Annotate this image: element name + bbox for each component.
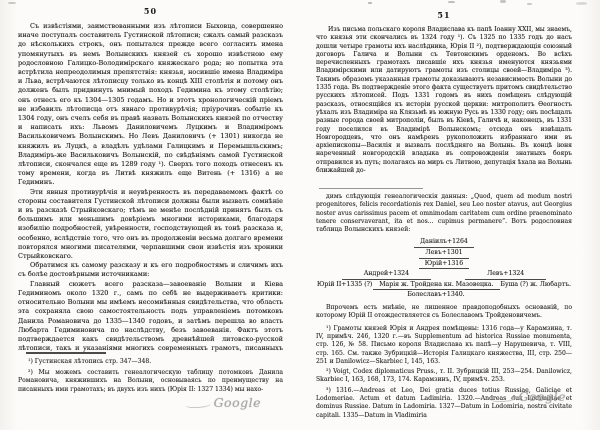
footnote: ¹) Грамоты князей Юрія и Андрея помѣщены… <box>316 325 572 366</box>
scan-artifact <box>527 3 532 5</box>
scan-artifact <box>8 2 16 4</box>
genealogy-row: Юрій+1316 <box>316 260 572 270</box>
page-50: 50 Съ извѣстіями, заимствованными изъ лѣ… <box>18 0 283 430</box>
genealogy-node: Марія ж. Тройдена кн. Мазовецка. <box>373 281 499 291</box>
page-51: 51 Изъ письма польскаго короля Владислав… <box>316 0 572 430</box>
genealogy-row: Юрій II+1335 (?) Марія ж. Тройдена кн. М… <box>316 281 572 291</box>
paragraph: Изъ письма польскаго короля Владислава к… <box>316 26 572 175</box>
paragraph: Съ извѣстіями, заимствованными изъ лѣтоп… <box>18 22 283 188</box>
left-footnote-zone: ¹) Густинская лѣтопись стр. 347—348. ²) … <box>18 352 283 396</box>
genealogy-node: Юрій+1316 <box>419 260 469 270</box>
scan-artifact <box>448 1 455 3</box>
scan-artifact <box>368 2 372 4</box>
paragraph: Эти явныя противурѣчія и неувѣренность в… <box>18 188 283 262</box>
footnote-continuation: димъ слѣдующія генеалогическія данныя: „… <box>316 193 572 234</box>
genealogy-node: Левъ+1324 <box>465 270 546 280</box>
page-number-left: 50 <box>18 6 283 16</box>
genealogy-table: Даніилъ+1264 Левъ+1301 Юрій+1316 Андрей+… <box>316 238 572 300</box>
genealogy-row: Андрей+1324 Левъ+1324 <box>316 270 572 280</box>
footnote: ³) 1316.—Andreas et Leo, Dei gratia duce… <box>316 387 572 420</box>
footnote: ²) Мы можемъ составить генеалогическую т… <box>18 369 283 395</box>
genealogy-node: Буша (?) ж. Любартъ. <box>500 281 571 291</box>
genealogy-node: Андрей+1324 <box>342 270 431 280</box>
footnote-rule <box>26 352 106 354</box>
scan-artifact <box>576 2 587 5</box>
genealogy-node: Левъ+1301 <box>419 249 468 259</box>
genealogy-row: Болеславъ+1340. <box>308 291 564 300</box>
footnote-remark: Впрочемъ есть мнѣніе, не лишенное правдо… <box>316 304 572 321</box>
book-spread: 50 Съ извѣстіями, заимствованными изъ лѣ… <box>0 0 600 430</box>
paragraph: Главный сюжетъ всего разсказа—завоеваніе… <box>18 280 283 352</box>
genealogy-node: Юрій II+1335 (?) <box>317 281 372 291</box>
genealogy-row: Даніилъ+1264 <box>316 238 572 248</box>
genealogy-node: Даніилъ+1264 <box>414 238 474 248</box>
watermark-scribble <box>184 400 210 409</box>
genealogy-node: Болеславъ+1340. <box>407 291 464 300</box>
footnote: ²) Voigt, Codex diplomaticus Pruss., т. … <box>316 368 572 385</box>
scan-artifact <box>500 0 506 3</box>
footnote-rule <box>319 188 423 189</box>
watermark-text: Google <box>214 395 261 410</box>
genealogy-row: Левъ+1301 <box>316 249 572 259</box>
page-number-right: 51 <box>316 10 572 20</box>
footnote: ¹) Густинская лѣтопись стр. 347—348. <box>18 358 283 367</box>
paragraph: Обратимся къ самому разсказу и къ его по… <box>18 261 283 279</box>
google-watermark: Google <box>185 395 261 410</box>
right-footnote-zone: димъ слѣдующія генеалогическія данныя: „… <box>316 188 572 422</box>
right-main-text: Изъ письма польскаго короля Владислава к… <box>316 26 572 175</box>
left-main-text: Съ извѣстіями, заимствованными изъ лѣтоп… <box>18 22 283 352</box>
